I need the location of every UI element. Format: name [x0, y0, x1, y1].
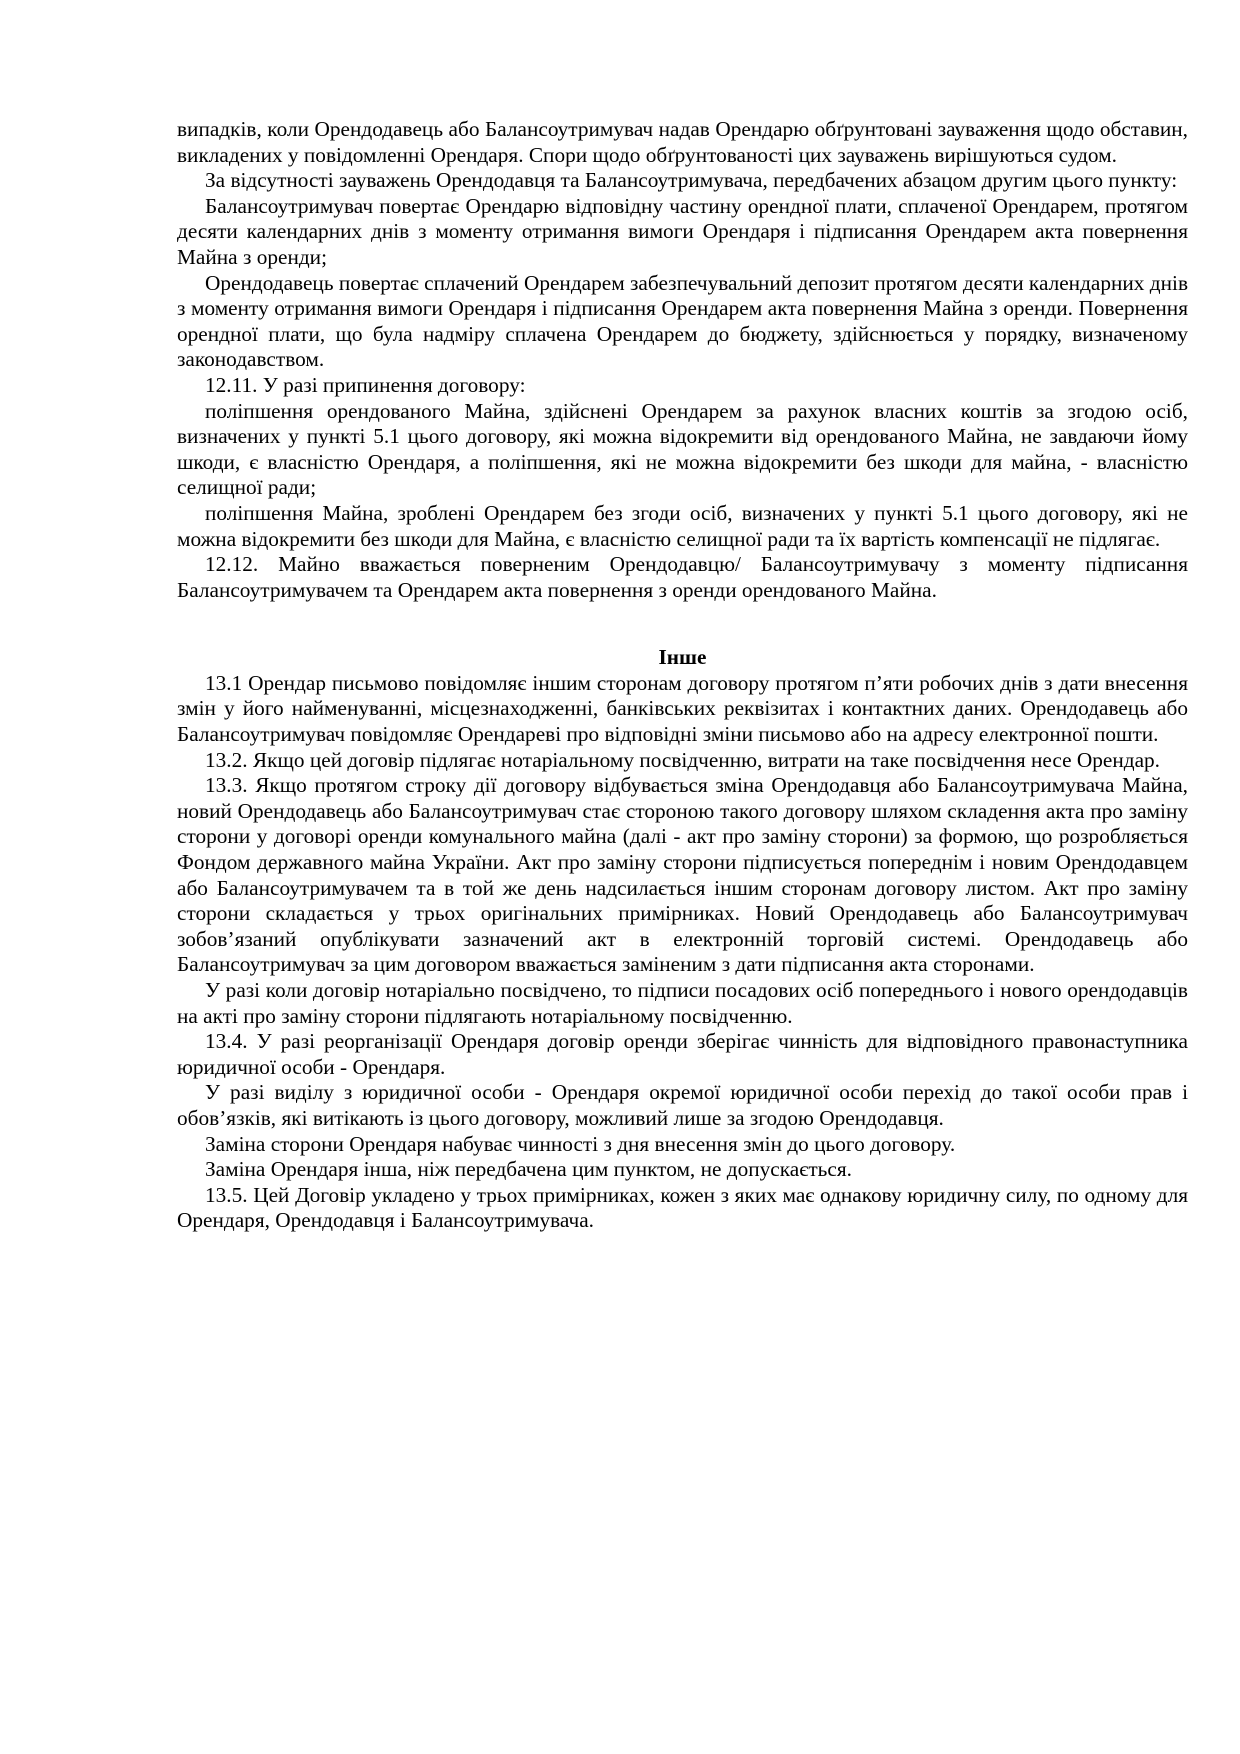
- paragraphs-before-heading: випадків, коли Орендодавець або Балансоу…: [177, 117, 1188, 603]
- paragraph: Орендодавець повертає сплачений Орендаре…: [177, 271, 1188, 373]
- paragraph: У разі виділу з юридичної особи - Оренда…: [177, 1080, 1188, 1131]
- paragraphs-after-heading: 13.1 Орендар письмово повідомляє іншим с…: [177, 671, 1188, 1234]
- paragraph: Балансоутримувач повертає Орендарю відпо…: [177, 194, 1188, 271]
- clause-13-2: 13.2. Якщо цей договір підлягає нотаріал…: [177, 748, 1188, 774]
- paragraph: поліпшення Майна, зроблені Орендарем без…: [177, 501, 1188, 552]
- section-heading: Інше: [177, 645, 1188, 671]
- paragraph: За відсутності зауважень Орендодавця та …: [177, 168, 1188, 194]
- document-page: випадків, коли Орендодавець або Балансоу…: [177, 117, 1188, 1234]
- clause-12-12: 12.12. Майно вважається поверненим Оренд…: [177, 552, 1188, 603]
- clause-12-11: 12.11. У разі припинення договору:: [177, 373, 1188, 399]
- paragraph: У разі коли договір нотаріально посвідче…: [177, 978, 1188, 1029]
- clause-13-1: 13.1 Орендар письмово повідомляє іншим с…: [177, 671, 1188, 748]
- clause-13-5: 13.5. Цей Договір укладено у трьох примі…: [177, 1183, 1188, 1234]
- clause-13-3: 13.3. Якщо протягом строку дії договору …: [177, 773, 1188, 978]
- clause-13-4: 13.4. У разі реорганізації Орендаря дого…: [177, 1029, 1188, 1080]
- paragraph: Заміна сторони Орендаря набуває чинності…: [177, 1132, 1188, 1158]
- paragraph: Заміна Орендаря інша, ніж передбачена ци…: [177, 1157, 1188, 1183]
- paragraph: поліпшення орендованого Майна, здійснені…: [177, 399, 1188, 501]
- paragraph: випадків, коли Орендодавець або Балансоу…: [177, 117, 1188, 168]
